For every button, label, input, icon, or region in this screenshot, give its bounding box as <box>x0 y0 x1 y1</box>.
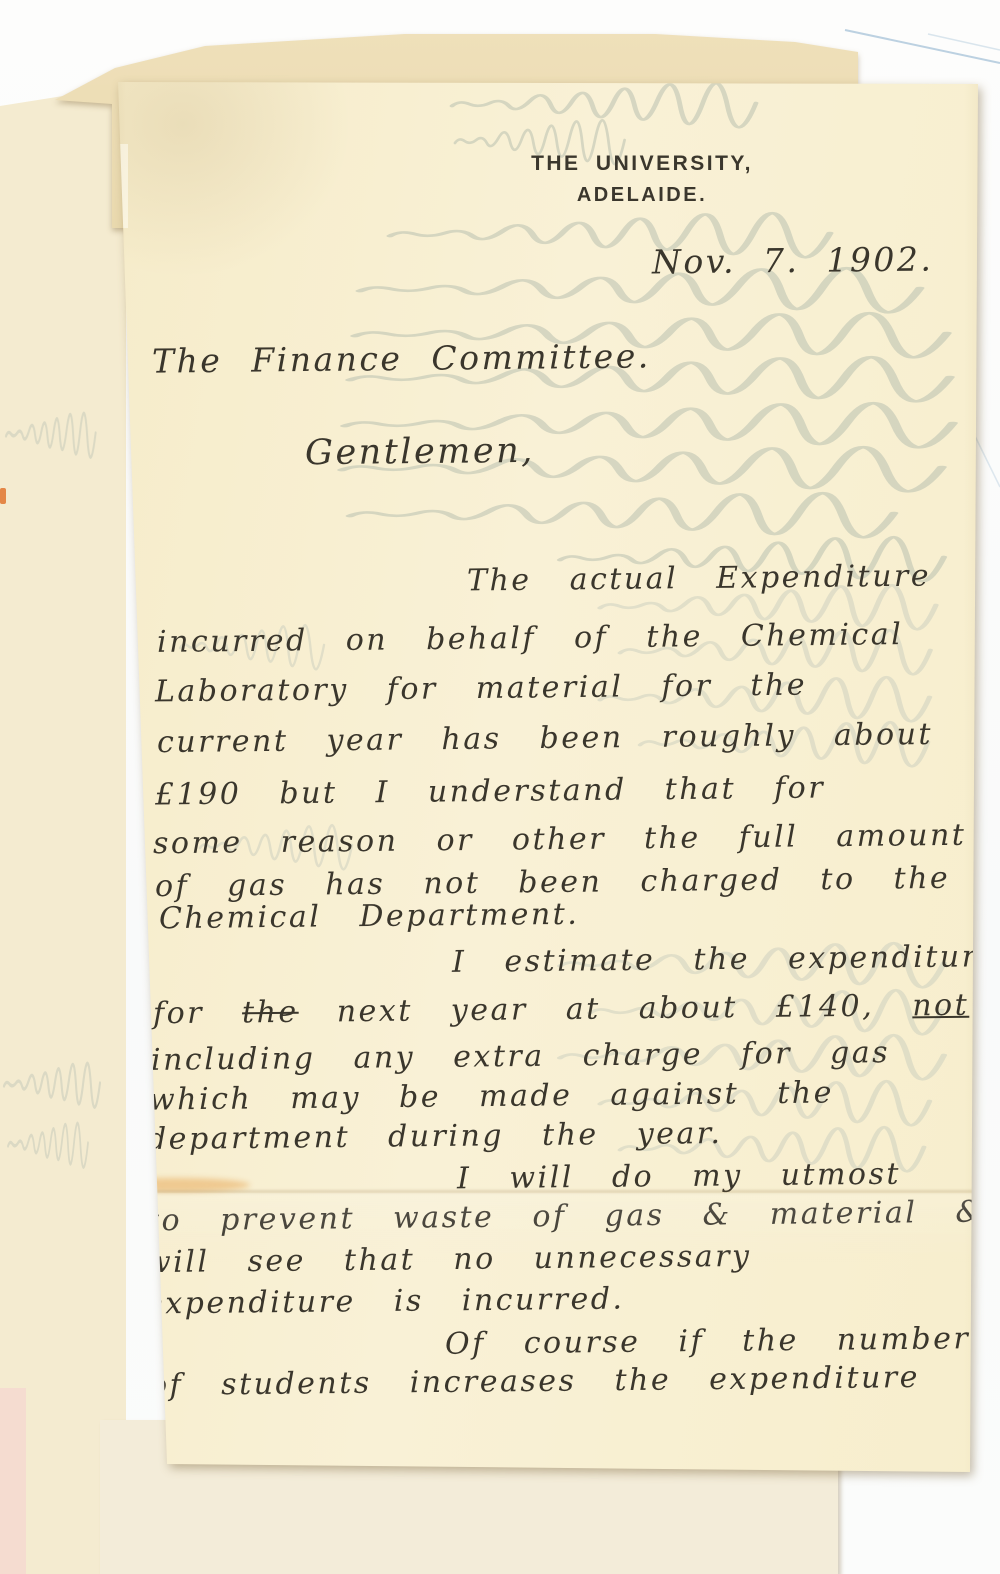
underlined-word: not <box>912 988 969 1024</box>
letterhead-university: THE UNIVERSITY, <box>412 152 872 176</box>
body-line-5: £190 but I understand that for <box>155 771 825 813</box>
body-line-19: of students increases the expenditure <box>149 1361 920 1404</box>
corrected-pre: for <box>153 995 242 1031</box>
body-line-9: I estimate the expenditure <box>452 940 999 980</box>
strikethrough-word: the <box>242 995 299 1031</box>
letterhead: THE UNIVERSITY, ADELAIDE. <box>412 152 872 207</box>
corrected-post: next year at about £140, <box>299 988 913 1029</box>
body-line-11: including any extra charge for gas <box>151 1036 890 1078</box>
under-sheet-corner-pink <box>0 1388 26 1574</box>
body-line-18: Of course if the number <box>445 1322 971 1362</box>
scan-background: THE UNIVERSITY, ADELAIDE. Nov. 7. 1902. … <box>0 0 1000 1574</box>
letterhead-city: ADELAIDE. <box>412 184 872 207</box>
body-line-1: The actual Expenditure <box>467 560 931 599</box>
body-line-8: Chemical Department. <box>159 898 580 937</box>
body-line-10-corrected: for the next year at about £140, not <box>153 989 970 1032</box>
letter-page: THE UNIVERSITY, ADELAIDE. Nov. 7. 1902. … <box>112 78 980 1474</box>
corner-stain <box>92 58 352 278</box>
greeting-line: Gentlemen, <box>305 431 535 474</box>
under-sheet-left <box>0 86 126 1574</box>
edge-orange-mark <box>0 488 6 504</box>
body-line-2: incurred on behalf of the Chemical <box>157 618 904 660</box>
body-line-3: Laboratory for material for the <box>155 669 807 710</box>
body-line-6: some reason or other the full amount <box>153 819 967 862</box>
body-line-4: current year has been roughly about <box>157 718 933 761</box>
fold-crease-light <box>112 1193 980 1263</box>
body-line-17: expenditure is incurred. <box>145 1282 625 1322</box>
addressee-line: The Finance Committee. <box>152 337 651 380</box>
date-line: Nov. 7. 1902. <box>652 241 934 282</box>
body-line-12: which may be made against the <box>149 1076 834 1118</box>
body-line-13: department during the year. <box>147 1117 723 1158</box>
ghost-handwriting-left <box>0 86 126 1574</box>
